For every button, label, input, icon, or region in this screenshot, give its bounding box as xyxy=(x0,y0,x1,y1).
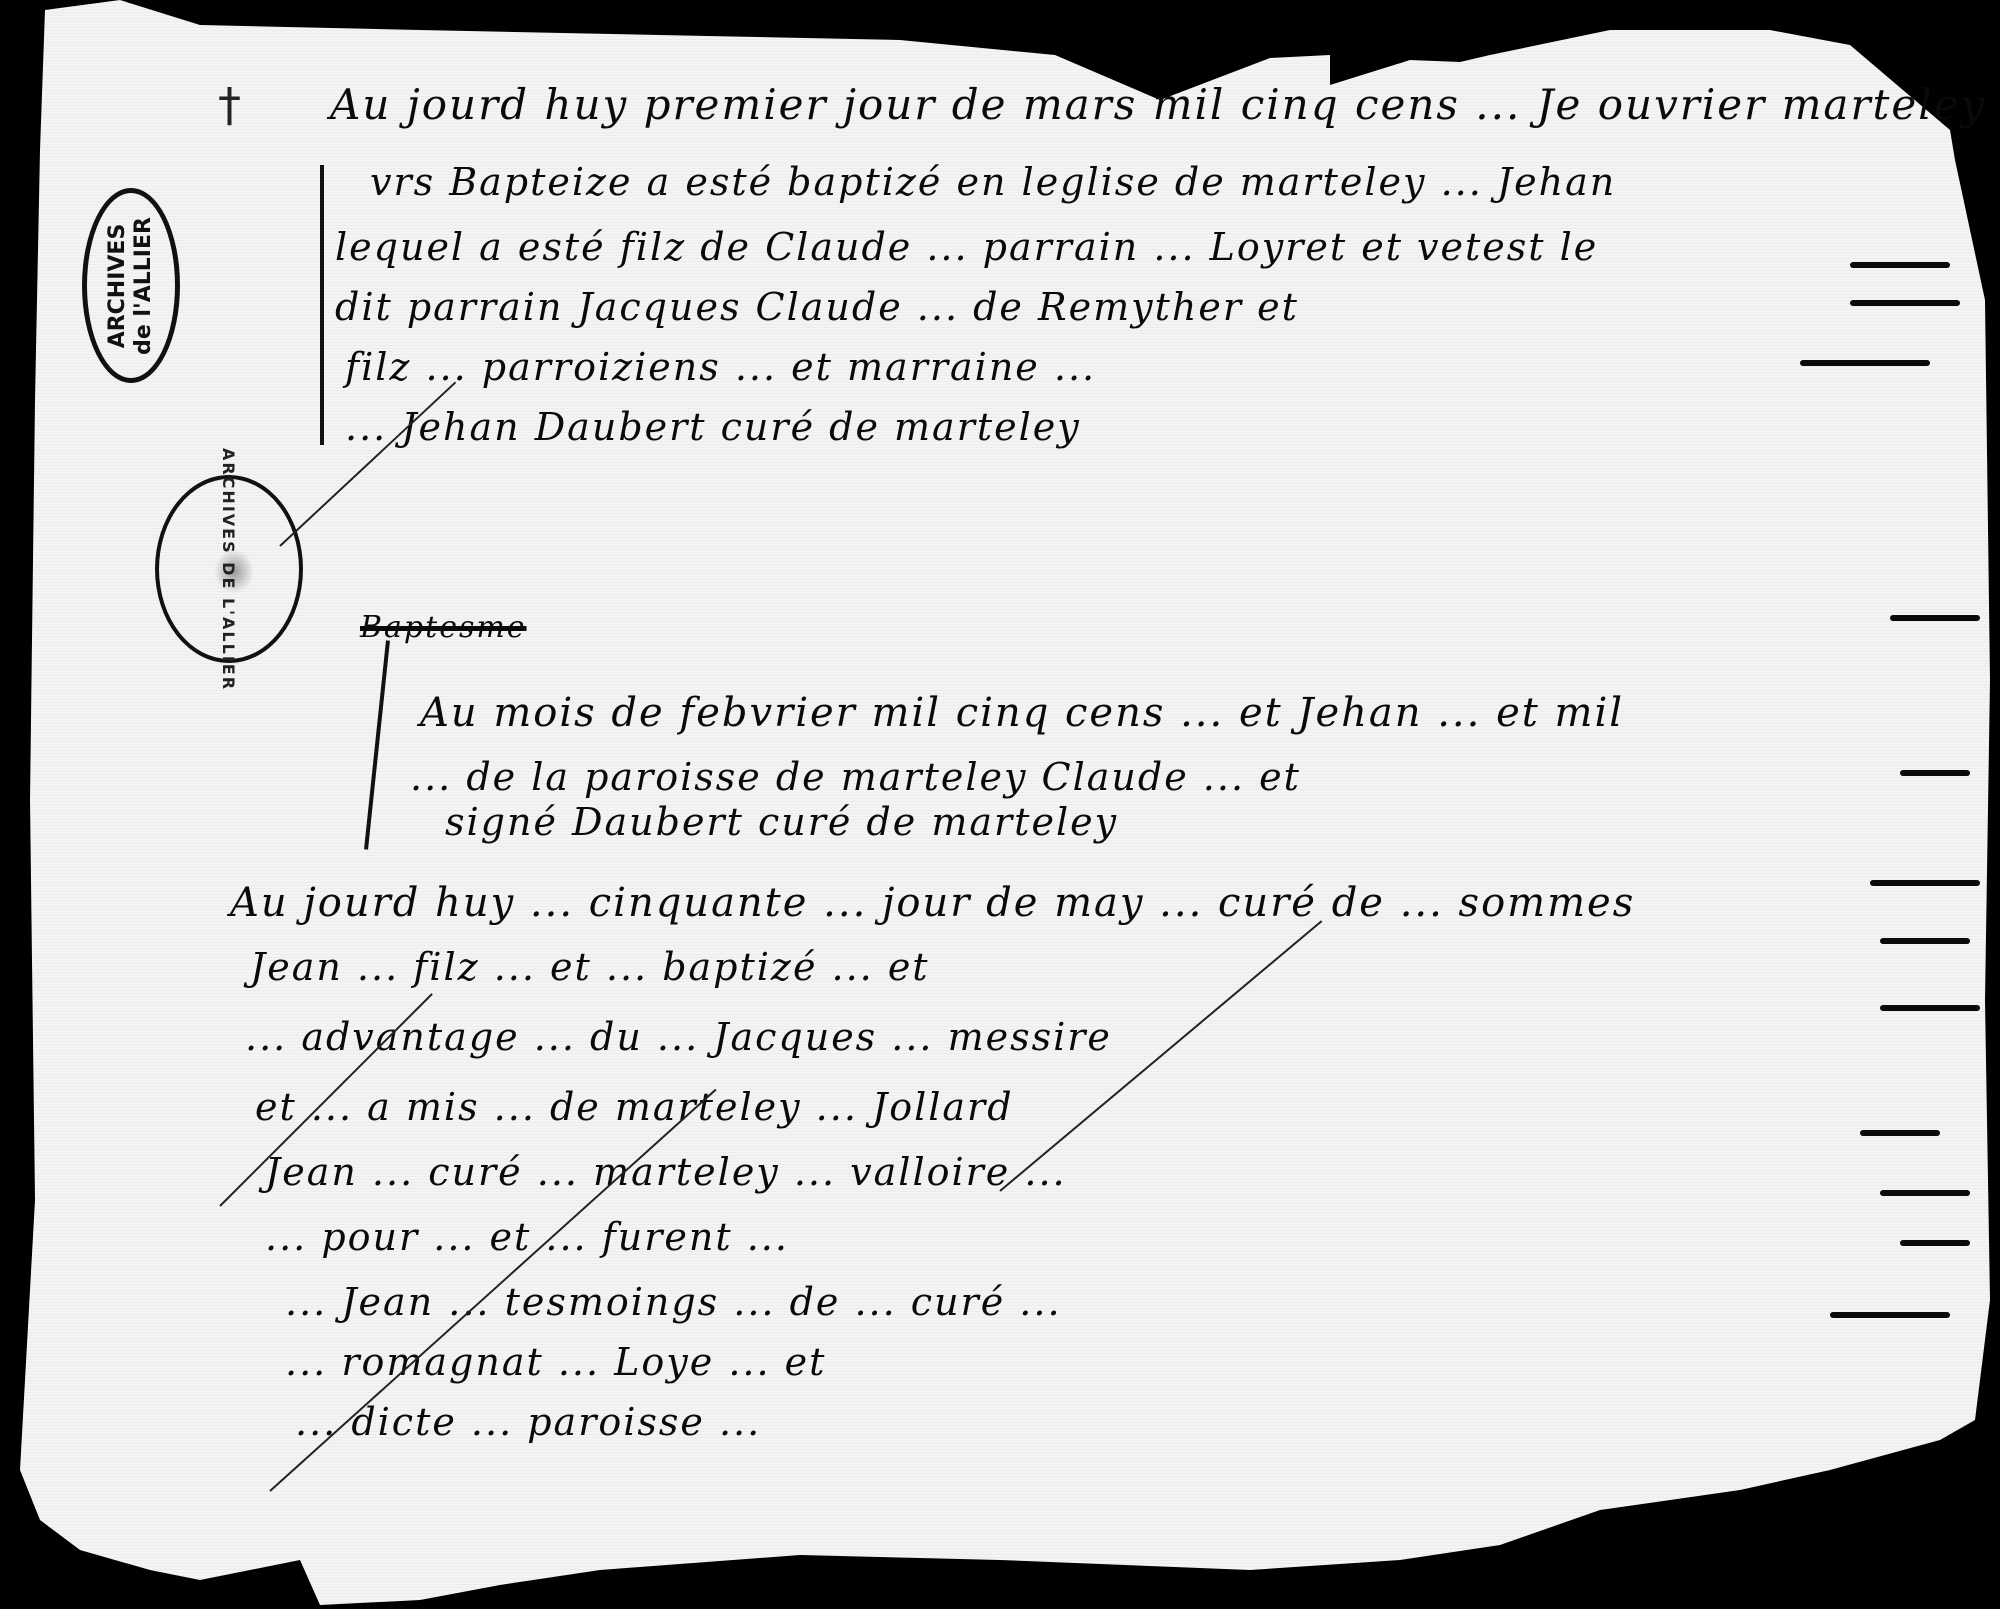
line-tail xyxy=(1890,615,1980,621)
entry-3-line-5: Jean ... curé ... marteley ... valloire … xyxy=(265,1150,1067,1194)
entry-3-line-6: ... pour ... et ... furent ... xyxy=(265,1215,789,1259)
entry-2-line-1: Au mois de febvrier mil cinq cens ... et… xyxy=(420,690,1624,736)
stamp-text: ARCHIVES DE L'ALLIER xyxy=(220,447,239,690)
line-tail xyxy=(1870,880,1980,886)
archives-stamp-top: ARCHIVES de l'ALLIER xyxy=(82,188,180,383)
line-tail xyxy=(1880,938,1970,944)
line-tail xyxy=(1850,300,1960,306)
entry-1-line-2: vrs Bapteize a esté baptizé en leglise d… xyxy=(370,160,1616,204)
entry-3-line-3: ... advantage ... du ... Jacques ... mes… xyxy=(245,1015,1112,1059)
line-tail xyxy=(1880,1190,1970,1196)
margin-cross-mark: † xyxy=(218,78,241,132)
line-tail xyxy=(1900,770,1970,776)
entry-1-line-4: dit parrain Jacques Claude ... de Remyth… xyxy=(335,285,1299,329)
stamp-text-line1: ARCHIVES xyxy=(105,217,131,355)
entry-2-line-2: ... de la paroisse de marteley Claude ..… xyxy=(410,755,1301,799)
entry-1-line-3: lequel a esté filz de Claude ... parrain… xyxy=(335,225,1598,269)
line-tail xyxy=(1850,262,1950,268)
entry-3-line-4: et ... a mis ... de marteley ... Jollard xyxy=(255,1085,1014,1129)
line-tail xyxy=(1860,1130,1940,1136)
margin-rule xyxy=(320,165,324,445)
line-tail xyxy=(1880,1005,1980,1011)
entry-1-line-6: ... Jehan Daubert curé de marteley xyxy=(345,405,1081,449)
line-tail xyxy=(1830,1312,1950,1318)
entry-2-line-3: signé Daubert curé de marteley xyxy=(445,800,1118,844)
line-tail xyxy=(1900,1240,1970,1246)
archives-stamp-faded: ARCHIVES DE L'ALLIER xyxy=(155,475,303,663)
stamp-text-line2: de l'ALLIER xyxy=(131,217,157,355)
entry-3-line-1: Au jourd huy ... cinquante ... jour de m… xyxy=(230,880,1635,926)
line-tail xyxy=(1800,360,1930,366)
entry-1-line-5: filz ... parroiziens ... et marraine ... xyxy=(345,345,1096,389)
entry-3-line-7: ... Jean ... tesmoings ... de ... curé .… xyxy=(285,1280,1062,1324)
entry-1-line-1: Au jourd huy premier jour de mars mil ci… xyxy=(330,80,1986,129)
entry-3-line-2: Jean ... filz ... et ... baptizé ... et xyxy=(250,945,930,989)
entry-3-line-8: ... romagnat ... Loye ... et xyxy=(285,1340,826,1384)
